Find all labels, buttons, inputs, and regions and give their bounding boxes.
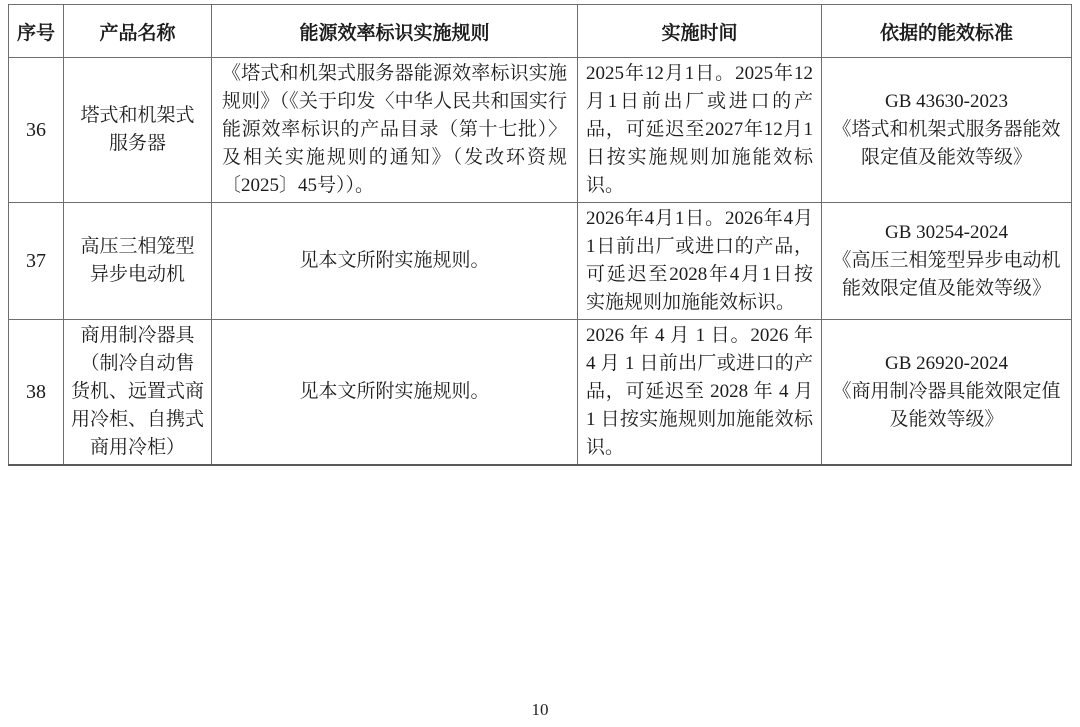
cell-implementation-rule: 见本文所附实施规则。 [212, 203, 578, 320]
cell-implementation-time: 2025年12月1日。2025年12月1日前出厂或进口的产品，可延迟至2027年… [578, 58, 822, 203]
header-implementation-rule: 能源效率标识实施规则 [212, 5, 578, 58]
cell-implementation-rule: 见本文所附实施规则。 [212, 320, 578, 466]
cell-serial-number: 36 [9, 58, 64, 203]
cell-product-name: 商用制冷器具 （制冷自动售 货机、远置式商 用冷柜、自携式 商用冷柜） [64, 320, 212, 466]
cell-product-name: 塔式和机架式 服务器 [64, 58, 212, 203]
cell-energy-standard: GB 26920-2024 《商用制冷器具能效限定值及能效等级》 [822, 320, 1072, 466]
cell-serial-number: 38 [9, 320, 64, 466]
cell-implementation-rule: 《塔式和机架式服务器能源效率标识实施规则》（《关于印发〈中华人民共和国实行能源效… [212, 58, 578, 203]
cell-implementation-time: 2026年4月1日。2026年4月1日前出厂或进口的产品，可延迟至2028年4月… [578, 203, 822, 320]
header-implementation-time: 实施时间 [578, 5, 822, 58]
page-number: 10 [0, 700, 1080, 720]
header-serial-number: 序号 [9, 5, 64, 58]
table-header-row: 序号 产品名称 能源效率标识实施规则 实施时间 依据的能效标准 [9, 5, 1072, 58]
header-product-name: 产品名称 [64, 5, 212, 58]
cell-implementation-time: 2026 年 4 月 1 日。2026 年 4 月 1 日前出厂或进口的产品，可… [578, 320, 822, 466]
table-row: 36 塔式和机架式 服务器 《塔式和机架式服务器能源效率标识实施规则》（《关于印… [9, 58, 1072, 203]
cell-serial-number: 37 [9, 203, 64, 320]
cell-energy-standard: GB 43630-2023 《塔式和机架式服务器能效限定值及能效等级》 [822, 58, 1072, 203]
table-row: 38 商用制冷器具 （制冷自动售 货机、远置式商 用冷柜、自携式 商用冷柜） 见… [9, 320, 1072, 466]
cell-energy-standard: GB 30254-2024 《高压三相笼型异步电动机能效限定值及能效等级》 [822, 203, 1072, 320]
header-energy-standard: 依据的能效标准 [822, 5, 1072, 58]
cell-product-name: 高压三相笼型 异步电动机 [64, 203, 212, 320]
energy-label-products-table: 序号 产品名称 能源效率标识实施规则 实施时间 依据的能效标准 36 塔式和机架… [8, 4, 1072, 466]
table-row: 37 高压三相笼型 异步电动机 见本文所附实施规则。 2026年4月1日。202… [9, 203, 1072, 320]
